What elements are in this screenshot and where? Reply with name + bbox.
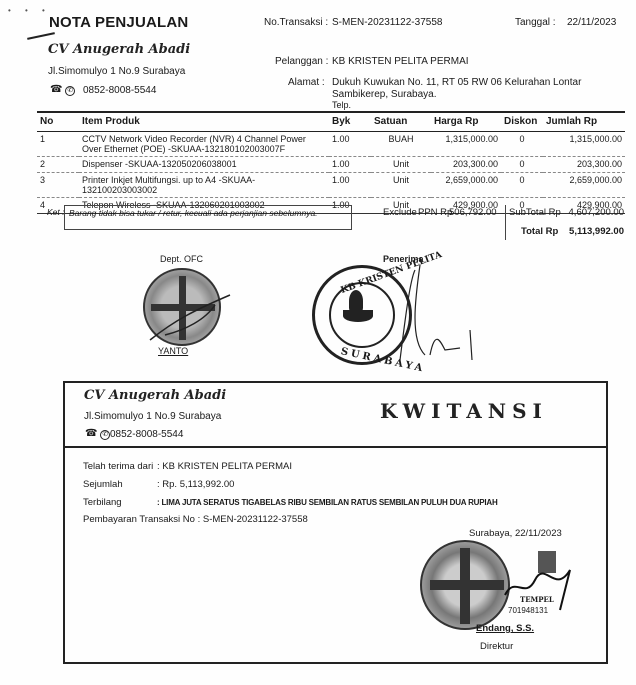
notes-label: Ket : — [47, 207, 64, 217]
customer-name: KB KRISTEN PELITA PERMAI — [332, 56, 469, 67]
date-label: Tanggal : — [515, 17, 556, 28]
row-no: 2 — [37, 157, 79, 173]
signer-name: Endang, S.S. — [476, 623, 534, 634]
row-qty: 1.00 — [329, 157, 371, 173]
row-price: 1,315,000.00 — [431, 132, 501, 157]
row-item: Dispenser -SKUAA-132050206038001 — [79, 157, 329, 173]
table-row: 3Printer Inkjet Multifungsi. up to A4 -S… — [37, 173, 625, 198]
exclude-label: Exclude — [383, 207, 417, 218]
receipt-title: KWITANSI — [380, 399, 548, 423]
summary-divider — [505, 205, 506, 240]
transaction-number: S-MEN-20231122-37558 — [332, 17, 442, 28]
items-table: No Item Produk Byk Satuan Harga Rp Disko… — [37, 111, 625, 214]
notes-box: Barang tidak bisa tukar / retur, kecuali… — [64, 205, 352, 230]
row-item: Printer Inkjet Multifungsi. up to A4 -SK… — [79, 173, 329, 198]
total-value: 5,113,992.00 — [560, 226, 624, 237]
scan-dots: • • • — [8, 6, 51, 15]
place-date: Surabaya, 22/11/2023 — [469, 528, 562, 539]
signature-icon — [145, 290, 235, 350]
company-name: CV Anugerah Abadi — [48, 42, 190, 57]
spelled-label: Terbilang — [83, 497, 122, 508]
amount-label: Sejumlah — [83, 479, 123, 490]
row-unit: Unit — [371, 173, 431, 198]
pen-mark — [27, 32, 55, 40]
subtotal-value: 4,607,200.00 — [562, 207, 624, 218]
received-from-value: : KB KRISTEN PELITA PERMAI — [157, 461, 292, 472]
receipt-company-address: Jl.Simomulyo 1 No.9 Surabaya — [84, 411, 221, 422]
company-phone: 0852-8008-5544 — [83, 85, 156, 96]
document-title: NOTA PENJUALAN — [49, 14, 188, 31]
row-discount: 0 — [501, 157, 543, 173]
col-no: No — [37, 112, 79, 132]
col-price: Harga Rp — [431, 112, 501, 132]
row-price: 2,659,000.00 — [431, 173, 501, 198]
receipt-company-name: CV Anugerah Abadi — [84, 388, 226, 403]
address-label: Alamat : — [288, 77, 325, 88]
customer-address-line1: Dukuh Kuwukan No. 11, RT 05 RW 06 Kelura… — [332, 77, 581, 88]
company-address: Jl.Simomulyo 1 No.9 Surabaya — [48, 66, 185, 77]
col-total: Jumlah Rp — [543, 112, 625, 132]
whatsapp-icon: ✆ — [65, 86, 75, 96]
transaction-label: No.Transaksi : — [264, 17, 328, 28]
receipt-header-divider — [63, 446, 608, 448]
payment-reference: Pembayaran Transaksi No : S-MEN-20231122… — [83, 514, 308, 525]
row-price: 203,300.00 — [431, 157, 501, 173]
customer-label: Pelanggan : — [275, 56, 328, 67]
director-stamp-icon — [420, 540, 510, 630]
telephone-icon: ☎ — [50, 84, 62, 95]
amount-value: : Rp. 5,113,992.00 — [157, 479, 234, 490]
row-unit: BUAH — [371, 132, 431, 157]
spelled-value: : LIMA JUTA SERATUS TIGABELAS RIBU SEMBI… — [157, 498, 498, 507]
row-discount: 0 — [501, 132, 543, 157]
row-no: 1 — [37, 132, 79, 157]
table-header: No Item Produk Byk Satuan Harga Rp Disko… — [37, 112, 625, 132]
col-item: Item Produk — [79, 112, 329, 132]
row-no: 3 — [37, 173, 79, 198]
notes-text: Barang tidak bisa tukar / retur, kecuali… — [69, 208, 318, 218]
ppn-label: PPN Rp — [418, 207, 452, 218]
row-total: 1,315,000.00 — [543, 132, 625, 157]
duty-stamp-number: 701948131 — [508, 606, 548, 615]
col-discount: Diskon — [501, 112, 543, 132]
subtotal-label: SubTotal Rp — [509, 207, 561, 218]
receipt-company-phone: 0852-8008-5544 — [110, 429, 183, 440]
table-row: 2Dispenser -SKUAA-1320502060380011.00Uni… — [37, 157, 625, 173]
customer-phone-label: Telp. — [332, 100, 351, 110]
row-item: CCTV Network Video Recorder (NVR) 4 Chan… — [79, 132, 329, 157]
total-label: Total Rp — [521, 226, 558, 237]
ppn-value: 506,792.00 — [449, 207, 497, 218]
row-qty: 1.00 — [329, 132, 371, 157]
row-unit: Unit — [371, 157, 431, 173]
dept-signer-name: YANTO — [158, 346, 188, 356]
receiver-signature-icon — [380, 260, 480, 370]
customer-address-line2: Sambikerep, Surabaya. — [332, 89, 437, 100]
dept-label: Dept. OFC — [160, 254, 203, 264]
signer-title: Direktur — [480, 641, 513, 652]
table-row: 1CCTV Network Video Recorder (NVR) 4 Cha… — [37, 132, 625, 157]
phone-icons: ☎ ✆ — [50, 84, 75, 96]
receipt-whatsapp-icon: ✆ — [100, 430, 110, 440]
date-value: 22/11/2023 — [567, 17, 616, 28]
received-from-label: Telah terima dari — [83, 461, 153, 472]
receipt-phone-icons: ☎ ✆ — [85, 428, 110, 440]
col-qty: Byk — [329, 112, 371, 132]
duty-stamp-label: TEMPEL — [520, 595, 554, 604]
row-qty: 1.00 — [329, 173, 371, 198]
row-total: 2,659,000.00 — [543, 173, 625, 198]
receipt-telephone-icon: ☎ — [85, 428, 97, 439]
col-unit: Satuan — [371, 112, 431, 132]
row-discount: 0 — [501, 173, 543, 198]
row-total: 203,300.00 — [543, 157, 625, 173]
